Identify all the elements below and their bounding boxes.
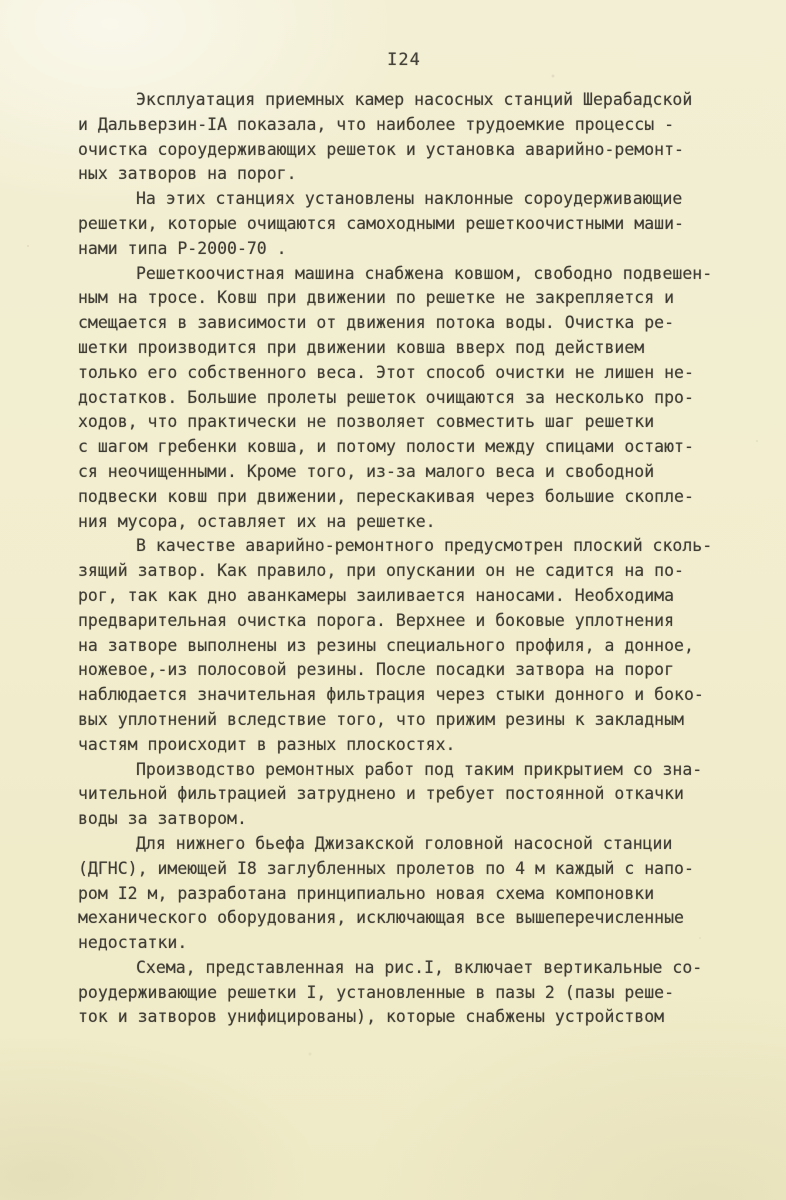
text-line: ром I2 м, разработана принципиально нова… [78,882,726,907]
text-line: Производство ремонтных работ под таким п… [78,758,726,783]
text-line: только его собственного веса. Этот спосо… [78,361,726,386]
text-line: ножевое,-из полосовой резины. После поса… [78,658,726,683]
text-line: механического оборудования, исключающая … [78,906,726,931]
text-line: ток и затворов унифицированы), которые с… [78,1005,726,1030]
text-line: смещается в зависимости от движения пото… [78,311,726,336]
text-line: роудерживающие решетки I, установленные … [78,981,726,1006]
text-line: ния мусора, оставляет их на решетке. [78,510,726,535]
text-line: На этих станциях установлены наклонные с… [78,187,726,212]
text-line: шетки производится при движении ковша вв… [78,336,726,361]
text-line: недостатки. [78,931,726,956]
body-text: Эксплуатация приемных камер насосных ста… [78,88,726,1030]
text-line: решетки, которые очищаются самоходными р… [78,212,726,237]
text-line: рог, так как дно аванкамеры заиливается … [78,584,726,609]
text-line: зящий затвор. Как правило, при опускании… [78,559,726,584]
text-line: и Дальверзин-IА показала, что наиболее т… [78,113,726,138]
text-line: с шагом гребенки ковша, и потому полости… [78,435,726,460]
text-line: очистка сороудерживающих решеток и устан… [78,138,726,163]
text-line: воды за затвором. [78,807,726,832]
text-line: предварительная очистка порога. Верхнее … [78,609,726,634]
text-line: (ДГНС), имеющей I8 заглубленных пролетов… [78,857,726,882]
text-line: В качестве аварийно-ремонтного предусмот… [78,534,726,559]
text-line: Решеткоочистная машина снабжена ковшом, … [78,262,726,287]
text-line: Схема, представленная на рис.I, включает… [78,956,726,981]
text-line: ным на тросе. Ковш при движении по решет… [78,286,726,311]
text-line: Эксплуатация приемных камер насосных ста… [78,88,726,113]
scanned-document-page: I24 Эксплуатация приемных камер насосных… [0,0,786,1200]
text-line: на затворе выполнены из резины специальн… [78,634,726,659]
text-line: ходов, что практически не позволяет совм… [78,410,726,435]
text-line: достатков. Большие пролеты решеток очища… [78,386,726,411]
text-line: чительной фильтрацией затруднено и требу… [78,782,726,807]
text-line: Для нижнего бьефа Джизакской головной на… [78,832,726,857]
text-line: наблюдается значительная фильтрация чере… [78,683,726,708]
text-line: частям происходит в разных плоскостях. [78,733,726,758]
text-line: нами типа Р-2000-70 . [78,237,726,262]
text-line: подвески ковш при движении, перескакивая… [78,485,726,510]
text-line: ся неочищенными. Кроме того, из-за малог… [78,460,726,485]
page-number: I24 [22,50,786,70]
text-line: ных затворов на порог. [78,162,726,187]
text-line: вых уплотнений вследствие того, что приж… [78,708,726,733]
